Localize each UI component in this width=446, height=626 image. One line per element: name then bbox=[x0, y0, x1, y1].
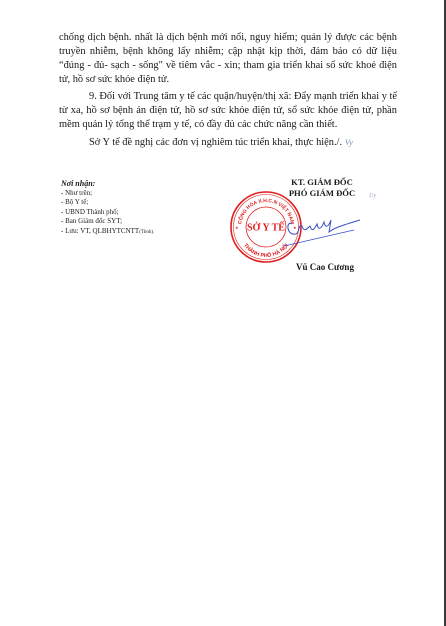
closing-text: Sở Y tế đề nghị các đơn vị nghiêm túc tr… bbox=[89, 137, 342, 148]
recipient-item: - Như trên; bbox=[61, 189, 154, 198]
svg-text:★: ★ bbox=[235, 225, 239, 230]
svg-text:SỞ Y TẾ: SỞ Y TẾ bbox=[247, 221, 285, 234]
signature-title-line1: KT. GIÁM ĐỐC bbox=[262, 177, 382, 188]
recipient-item: - Lưu: VT, QLBHYTCNTT(Tbnh). bbox=[61, 227, 154, 237]
signature-initials: Uy bbox=[369, 193, 376, 199]
signer-name: Vũ Cao Cương bbox=[280, 262, 370, 272]
handwritten-signature-icon bbox=[284, 210, 364, 250]
recipient-item: - Bộ Y tế; bbox=[61, 198, 154, 207]
paragraph-text: 9. Đối với Trung tâm y tế các quận/huyện… bbox=[59, 90, 397, 132]
recipients-title: Nơi nhận: bbox=[61, 179, 154, 189]
recipients-block: Nơi nhận: - Như trên; - Bộ Y tế; - UBND … bbox=[61, 179, 154, 237]
recipient-item: - Ban Giám đốc SYT; bbox=[61, 217, 154, 226]
recipient-text: - Lưu: VT, QLBHYTCNTT bbox=[61, 227, 139, 235]
recipient-suffix: (Tbnh). bbox=[139, 230, 154, 235]
paragraph-item-9: 9. Đối với Trung tâm y tế các quận/huyện… bbox=[59, 90, 397, 132]
paragraph-text: chống dịch bệnh. nhất là dịch bệnh mới n… bbox=[59, 31, 397, 87]
recipient-item: - UBND Thành phố; bbox=[61, 208, 154, 217]
closing-initials: Vy bbox=[345, 138, 353, 147]
closing-paragraph: Sở Y tế đề nghị các đơn vị nghiêm túc tr… bbox=[59, 136, 397, 150]
paragraph-continuation: chống dịch bệnh. nhất là dịch bệnh mới n… bbox=[59, 31, 397, 87]
